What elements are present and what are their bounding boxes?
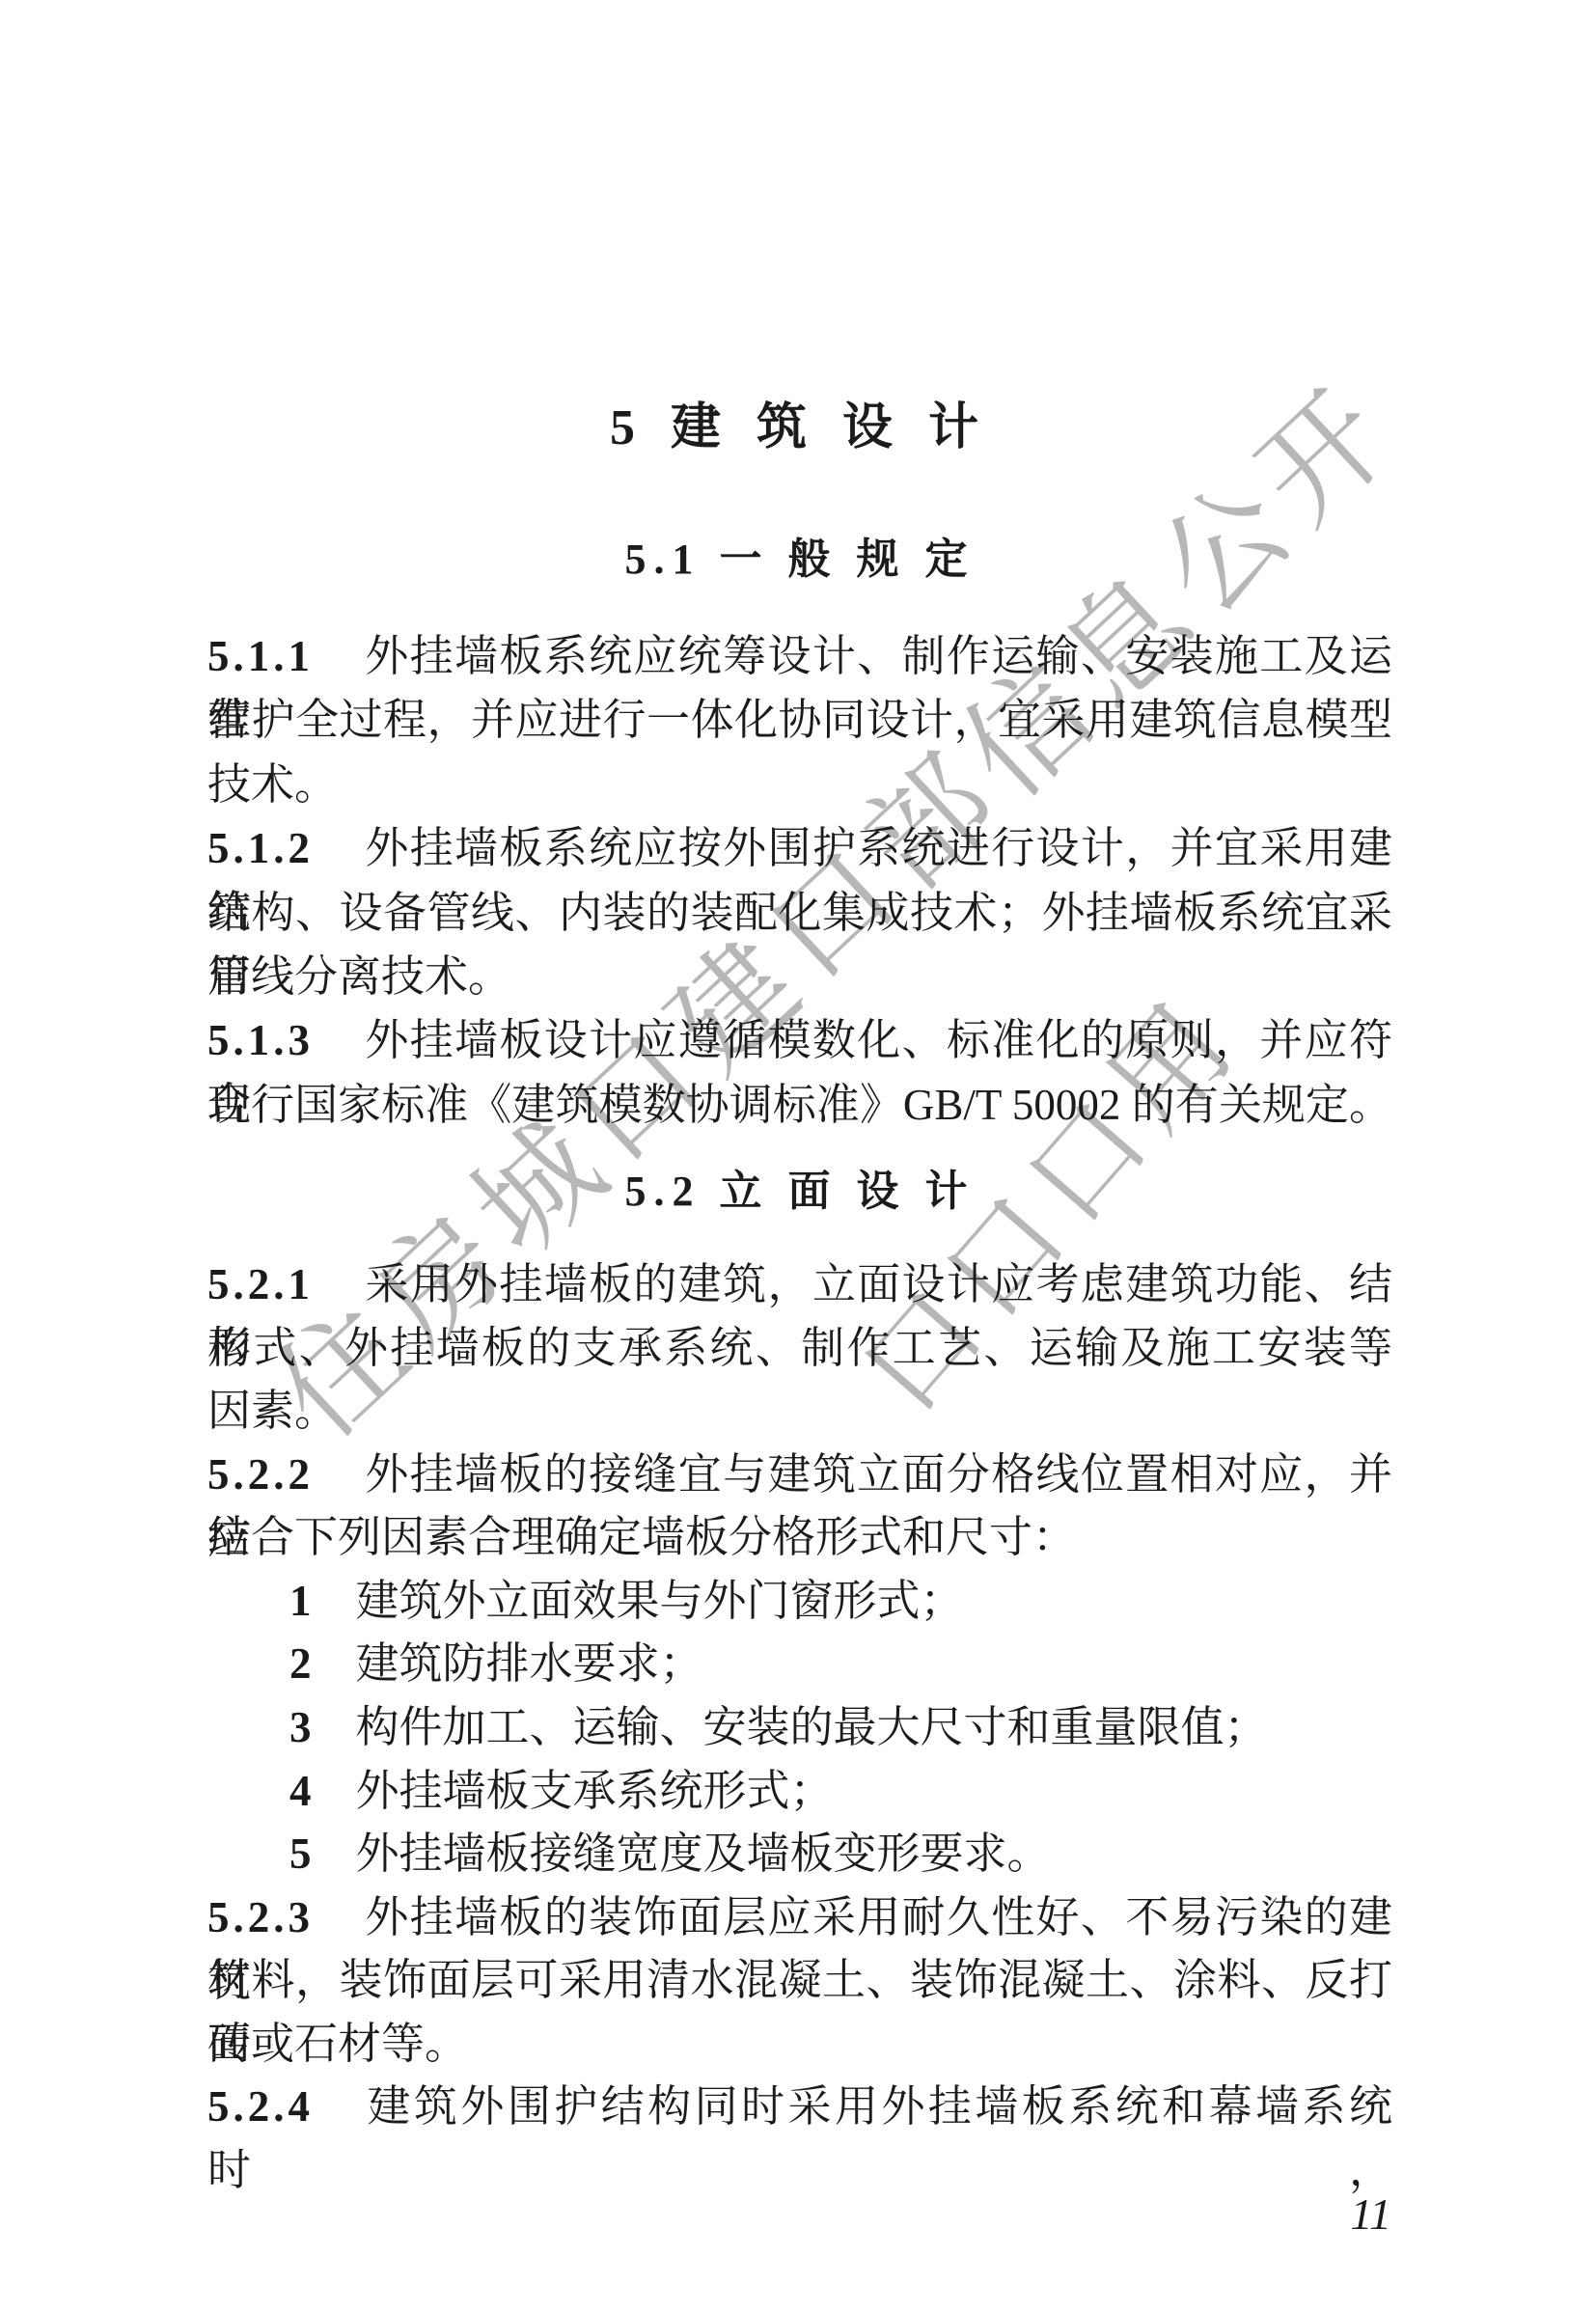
- clause-label: 5.2.2: [207, 1450, 314, 1499]
- clause-5-2-1-line-2: 形式、外挂墙板的支承系统、制作工艺、运输及施工安装等: [207, 1316, 1392, 1380]
- item-number: 3: [289, 1703, 312, 1751]
- clause-5-1-3-line-2: 现行国家标准《建筑模数协调标准》GB/T 50002 的有关规定。: [207, 1073, 1392, 1137]
- item-text: 外挂墙板支承系统形式；: [356, 1767, 834, 1815]
- page-content: 5 建 筑 设 计 5.1 一 般 规 定 5.1.1外挂墙板系统应统筹设计、制…: [0, 0, 1596, 2311]
- clause-label: 5.2.4: [207, 2082, 314, 2131]
- clause-5-1-1-line-1: 5.1.1外挂墙板系统应统筹设计、制作运输、安装施工及运营: [207, 624, 1392, 688]
- clause-5-2-1-line-3: 因素。: [207, 1379, 1392, 1443]
- clause-5-1-2-line-3: 管线分离技术。: [207, 945, 1392, 1008]
- item-text: 构件加工、运输、安装的最大尺寸和重量限值；: [356, 1703, 1268, 1751]
- list-item-5: 5外挂墙板接缝宽度及墙板变形要求。: [207, 1822, 1392, 1885]
- item-number: 5: [289, 1830, 312, 1878]
- clause-text: 建筑外围护结构同时采用外挂墙板系统和幕墙系统时，: [207, 2082, 1392, 2194]
- clause-5-2-2-line-1: 5.2.2外挂墙板的接缝宜与建筑立面分格线位置相对应，并应: [207, 1443, 1392, 1506]
- item-text: 外挂墙板接缝宽度及墙板变形要求。: [356, 1830, 1051, 1878]
- clause-5-2-3-line-3: 砖或石材等。: [207, 2012, 1392, 2076]
- item-number: 1: [289, 1577, 312, 1625]
- item-number: 2: [289, 1639, 312, 1688]
- chapter-title: 5 建 筑 设 计: [207, 394, 1392, 463]
- section-heading-5-2: 5.2 立 面 设 计: [207, 1161, 1392, 1223]
- clause-5-2-3-line-2: 材料，装饰面层可采用清水混凝土、装饰混凝土、涂料、反打面: [207, 1948, 1392, 2012]
- list-item-2: 2建筑防排水要求；: [207, 1632, 1392, 1695]
- item-number: 4: [289, 1767, 312, 1815]
- clause-5-1-2-line-1: 5.1.2外挂墙板系统应按外围护系统进行设计，并宜采用建筑、: [207, 816, 1392, 880]
- item-text: 建筑防排水要求；: [356, 1639, 703, 1688]
- clause-5-1-2-line-2: 结构、设备管线、内装的装配化集成技术；外挂墙板系统宜采用: [207, 881, 1392, 945]
- clause-5-1-3-line-1: 5.1.3外挂墙板设计应遵循模数化、标准化的原则，并应符合: [207, 1008, 1392, 1072]
- page-number: 11: [1350, 2183, 1391, 2246]
- list-item-3: 3构件加工、运输、安装的最大尺寸和重量限值；: [207, 1695, 1392, 1759]
- clause-5-2-1-line-1: 5.2.1采用外挂墙板的建筑，立面设计应考虑建筑功能、结构: [207, 1252, 1392, 1316]
- clause-5-2-2-line-2: 结合下列因素合理确定墙板分格形式和尺寸：: [207, 1505, 1392, 1569]
- clause-label: 5.2.3: [207, 1893, 314, 1941]
- list-item-4: 4外挂墙板支承系统形式；: [207, 1759, 1392, 1823]
- clause-label: 5.1.3: [207, 1016, 314, 1064]
- clause-5-2-3-line-1: 5.2.3外挂墙板的装饰面层应采用耐久性好、不易污染的建筑: [207, 1885, 1392, 1949]
- list-item-1: 1建筑外立面效果与外门窗形式；: [207, 1569, 1392, 1633]
- clause-5-1-1-line-2: 维护全过程，并应进行一体化协同设计，宜采用建筑信息模型: [207, 688, 1392, 752]
- item-text: 建筑外立面效果与外门窗形式；: [356, 1577, 964, 1625]
- clause-5-1-1-line-3: 技术。: [207, 753, 1392, 816]
- clause-5-2-4-line-1: 5.2.4建筑外围护结构同时采用外挂墙板系统和幕墙系统时，: [207, 2075, 1392, 2138]
- section-heading-5-1: 5.1 一 般 规 定: [207, 529, 1392, 591]
- clause-label: 5.1.2: [207, 824, 314, 872]
- clause-label: 5.2.1: [207, 1260, 314, 1308]
- document-page: 住房城口建口部信息公开 口口口用 5 建 筑 设 计 5.1 一 般 规 定 5…: [0, 0, 1596, 2311]
- clause-label: 5.1.1: [207, 632, 314, 680]
